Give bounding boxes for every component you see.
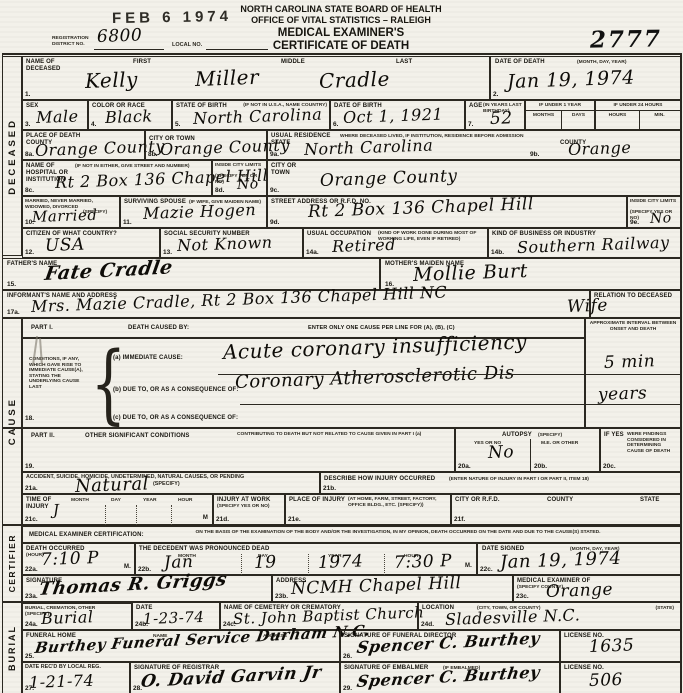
name-number: 1.	[25, 91, 30, 98]
field-father-name: FATHER'S NAME 15. Fate Cradle	[2, 258, 380, 290]
injury-at-work-number: 21d.	[216, 516, 229, 523]
residence-county-value: Orange	[568, 138, 632, 159]
field-disposition-location: LOCATION (CITY, TOWN, OR COUNTY) (STATE)…	[418, 602, 681, 630]
relation-value: Wife	[567, 296, 609, 317]
pd-divider-3	[384, 554, 385, 575]
part2-label: PART II.	[31, 433, 55, 440]
date-of-death-sub: (MONTH, DAY, YEAR)	[577, 60, 626, 66]
registration-district-value: 6800	[97, 25, 143, 47]
under-24-hours-min-colhead: MIN.	[639, 113, 680, 119]
residence-county-number: 9b.	[530, 151, 539, 158]
informant-number: 17a.	[7, 309, 20, 316]
field-citizen: CITIZEN OF WHAT COUNTRY? 12. USA	[22, 228, 160, 258]
field-hospital-or-institution: NAME OF HOSPITAL OR INSTITUTION (IF NOT …	[22, 160, 212, 196]
section-label-cause: CAUSE	[7, 397, 18, 445]
header-divider	[2, 53, 681, 55]
ssn-number: 13.	[163, 249, 172, 256]
cause-b-interval: years	[598, 383, 648, 405]
residence-state-number: 9a.	[270, 151, 279, 158]
name-middle-colhead: MIDDLE	[281, 59, 305, 66]
death-occurred-number: 22a.	[25, 566, 38, 573]
icl-9e-label: INSIDE CITY LIMITS	[630, 199, 678, 205]
field-place-of-death-county: PLACE OF DEATH COUNTY 8a. Orange County	[22, 130, 145, 160]
me-county-value: Orange	[546, 580, 614, 602]
name-first-value: Kelly	[85, 67, 139, 93]
embalmer-license-value: 506	[589, 670, 624, 691]
field-death-occurred-hour: DEATH OCCURRED (HOUR) 22a. 7:10 P M.	[22, 543, 135, 575]
registration-blank-line	[94, 49, 164, 50]
field-how-injury-occurred: DESCRIBE HOW INJURY OCCURRED (ENTER NATU…	[320, 472, 681, 494]
toi-divider-1	[105, 505, 106, 525]
autopsy-me-colhead: M.E. OR OTHER	[541, 441, 578, 447]
autopsy-yesno-value: No	[488, 442, 515, 463]
cause-a-label: (a) IMMEDIATE CAUSE:	[113, 355, 183, 362]
sex-number: 3.	[25, 121, 30, 128]
death-occurred-value: 7:10 P	[41, 548, 100, 570]
date-of-death-label: DATE OF DEATH	[495, 59, 545, 66]
autopsy-yesno-number: 20a.	[458, 463, 471, 470]
section-strip-cause: CAUSE	[2, 318, 22, 525]
injury-at-work-label: INJURY AT WORK	[217, 497, 270, 504]
name-last-colhead: LAST	[396, 59, 412, 66]
if-yes-number: 20c.	[603, 463, 616, 470]
org-line-2: OFFICE OF VITAL STATISTICS – RALEIGH	[191, 15, 491, 25]
cause-c-label: (c) DUE TO, OR AS A CONSEQUENCE OF:	[113, 415, 238, 422]
field-date-signed: DATE SIGNED (MONTH, DAY, YEAR) 22c. Jan …	[477, 543, 681, 575]
if-yes-box: IF YES WERE FINDINGS CONSIDERED IN DETER…	[600, 428, 681, 472]
under-1-year-months-colhead: MONTHS	[526, 113, 561, 119]
field-name-of-deceased: NAME OF DECEASED FIRST MIDDLE LAST 1. Ke…	[22, 56, 490, 100]
toi-divider-2	[136, 505, 137, 525]
pd-day-value: 19	[254, 552, 277, 573]
injury-how-sub: (ENTER NATURE OF INJURY IN PART I OR PAR…	[449, 477, 589, 483]
field-me-county: MEDICAL EXAMINER OF (SPECIFY COUNTY) 23c…	[513, 575, 681, 602]
date-signed-value: Jan 19, 1974	[500, 548, 622, 573]
toi-m-label: M	[203, 515, 208, 522]
field-place-of-death-city: CITY OR TOWN 8b. Orange County	[145, 130, 267, 160]
toi-month-colhead: MONTH	[71, 498, 89, 504]
field-disposition-date: DATE 24b. 1-23-74	[132, 602, 220, 630]
ssn-value: Not Known	[177, 233, 273, 255]
spouse-number: 11.	[123, 219, 132, 226]
injury-city-label: CITY OR R.F.D.	[455, 497, 500, 504]
industry-value: Southern Railway	[517, 233, 670, 257]
field-if-under-24-hours: IF UNDER 24 HOURS HOURS MIN.	[595, 100, 681, 130]
pd-divider-2	[308, 554, 309, 575]
occupation-number: 14a.	[306, 249, 319, 256]
citizen-value: USA	[45, 235, 85, 256]
funeral-director-number: 26.	[343, 653, 352, 660]
autopsy-box: AUTOPSY (SPECIFY) YES OR NO M.E. OR OTHE…	[455, 428, 600, 472]
certificate-number: 2777	[590, 25, 662, 53]
death-occurred-m-label: M.	[124, 564, 131, 571]
name-last-value: Cradle	[319, 67, 391, 93]
form-title-2: CERTIFICATE OF DEATH	[191, 40, 491, 52]
field-date-of-death: DATE OF DEATH (MONTH, DAY, YEAR) 2. Jan …	[490, 56, 681, 100]
place-of-injury-sub: (AT HOME, FARM, STREET, FACTORY, OFFICE …	[348, 497, 448, 508]
icl-8d-number: 8d.	[215, 187, 224, 194]
field-occupation: USUAL OCCUPATION (KIND OF WORK DONE DURI…	[303, 228, 488, 258]
field-state-of-birth: STATE OF BIRTH (IF NOT IN U.S.A., NAME C…	[172, 100, 330, 130]
name-middle-value: Miller	[195, 65, 260, 91]
section-strip-burial: BURIAL	[2, 602, 22, 693]
father-number: 15.	[7, 281, 16, 288]
field-residence-city-or-town: CITY OR TOWN 9c. Orange County	[267, 160, 681, 196]
pronounced-dead-number: 22b.	[138, 566, 151, 573]
form-title-1: MEDICAL EXAMINER'S	[191, 27, 491, 39]
death-certificate-document: FEB 6 1974 REGISTRATION DISTRICT NO. 680…	[0, 0, 683, 693]
state-of-birth-number: 5.	[175, 121, 180, 128]
disposition-value: Burial	[41, 607, 94, 628]
occupation-value: Retired	[332, 235, 397, 256]
field-me-signature: SIGNATURE 23a. Thomas R. Griggs	[22, 575, 272, 602]
field-pronounced-dead: THE DECEDENT WAS PRONOUNCED DEAD MONTH D…	[135, 543, 477, 575]
field-industry: KIND OF BUSINESS OR INDUSTRY 14b. Southe…	[488, 228, 681, 258]
disposition-date-value: 1-23-74	[143, 608, 205, 628]
under-1-year-divider-h	[526, 110, 594, 111]
under-24-hours-divider-h	[596, 110, 680, 111]
field-injury-location: CITY OR R.F.D. COUNTY STATE 21f.	[451, 494, 681, 525]
autopsy-me-number: 20b.	[534, 463, 547, 470]
part2-conditions-label: OTHER SIGNIFICANT CONDITIONS	[85, 433, 190, 440]
hospital-number: 8c.	[25, 187, 34, 194]
under-24-hours-label: IF UNDER 24 HOURS	[596, 103, 680, 109]
certification-row: MEDICAL EXAMINER CERTIFICATION: ON THE B…	[22, 525, 681, 543]
citizen-number: 12.	[25, 249, 34, 256]
part2-number: 19.	[25, 463, 34, 470]
cause-a-interval: 5 min	[604, 351, 656, 373]
field-inside-city-limits-9e: INSIDE CITY LIMITS (SPECIFY YES OR NO) 9…	[627, 196, 681, 228]
org-line-1: NORTH CAROLINA STATE BOARD OF HEALTH	[191, 4, 491, 14]
date-of-birth-number: 6.	[333, 121, 338, 128]
section-label-deceased: DECEASED	[7, 118, 18, 195]
pd-hour-value: 7:30 P	[394, 551, 453, 573]
date-received-label: DATE REC'D BY LOCAL REG.	[25, 665, 101, 671]
me-address-value: NCMH Chapel Hill	[291, 573, 462, 599]
if-yes-label: IF YES	[604, 432, 624, 439]
under-1-year-label: IF UNDER 1 YEAR	[526, 103, 594, 109]
age-number: 7.	[468, 121, 473, 128]
location-value: Sladesville N.C.	[445, 605, 581, 629]
section-strip-certifier: CERTIFIER	[2, 525, 22, 602]
toi-divider-3	[171, 505, 172, 525]
registration-district-label-2: DISTRICT NO.	[52, 42, 85, 48]
date-of-birth-value: Oct 1, 1921	[343, 105, 444, 127]
outer-right-border	[680, 53, 682, 693]
manner-number: 21a.	[25, 485, 38, 492]
spouse-value: Mazie Hogen	[143, 200, 257, 223]
residence-city-number: 9c.	[270, 187, 279, 194]
race-number: 4.	[91, 121, 96, 128]
autopsy-label: AUTOPSY	[502, 432, 532, 439]
location-number: 24d.	[421, 621, 434, 628]
field-me-address: ADDRESS 23b. NCMH Chapel Hill	[272, 575, 513, 602]
icl-9e-value: No	[650, 210, 672, 227]
age-label: AGE	[469, 103, 482, 110]
conditions-label: CONDITIONS, IF ANY, WHICH GAVE RISE TO I…	[29, 357, 87, 391]
residence-city-value: Orange County	[320, 166, 458, 191]
injury-state-label: STATE	[640, 497, 660, 504]
field-sex: SEX 3. Male	[22, 100, 88, 130]
toi-day-colhead: DAY	[111, 498, 121, 504]
icl-8d-value: No	[237, 176, 259, 193]
section-label-certifier: CERTIFIER	[7, 534, 17, 592]
part1-instruction: ENTER ONLY ONE CAUSE PER LINE FOR (A), (…	[308, 325, 455, 332]
cause-b-label: (b) DUE TO, OR AS A CONSEQUENCE OF:	[113, 387, 238, 394]
director-license-value: 1635	[589, 635, 635, 657]
me-county-number: 23c.	[516, 593, 529, 600]
injury-county-label: COUNTY	[547, 497, 573, 504]
under-24-hours-hours-colhead: HOURS	[596, 113, 639, 119]
part1-label: PART I.	[31, 325, 53, 332]
registration-district-label-1: REGISTRATION	[52, 36, 89, 42]
disposition-number: 24a.	[25, 621, 38, 628]
field-embalmer-license: LICENSE NO. 506	[560, 662, 681, 693]
injury-how-label: DESCRIBE HOW INJURY OCCURRED	[324, 476, 435, 483]
field-inside-city-limits-8d: INSIDE CITY LIMITS (SPECIFY YES OR NO) 8…	[212, 160, 267, 196]
if-yes-sub: WERE FINDINGS CONSIDERED IN DETERMINING …	[627, 432, 679, 454]
field-race: COLOR OR RACE 4. Black	[88, 100, 172, 130]
pd-divider-1	[241, 554, 242, 575]
field-disposition: BURIAL, CREMATION, OTHER (SPECIFY) 24a. …	[22, 602, 132, 630]
section-label-burial: BURIAL	[7, 625, 17, 671]
toi-hour-colhead: HOUR	[178, 498, 192, 504]
icl-9e-number: 9e.	[630, 219, 639, 226]
part2-sub: CONTRIBUTING TO DEATH BUT NOT RELATED TO…	[237, 432, 427, 438]
place-of-injury-number: 21e.	[288, 516, 301, 523]
time-of-injury-mark: J	[53, 501, 60, 519]
certification-text: ON THE BASIS OF THE EXAMINATION OF THE B…	[183, 530, 613, 536]
date-of-death-value: Jan 19, 1974	[507, 67, 636, 93]
cause-b-underline	[240, 404, 681, 405]
field-embalmer-signature: SIGNATURE OF EMBALMER (IF EMBALMED) 29. …	[340, 662, 560, 693]
pronounced-dead-label: THE DECEDENT WAS PRONOUNCED DEAD	[139, 546, 269, 553]
part1-death-caused-by-label: DEATH CAUSED BY:	[128, 325, 189, 332]
cause-b-value: Coronary Atherosclerotic Dis	[235, 362, 515, 393]
manner-sub: (SPECIFY)	[153, 482, 180, 488]
field-date-received: DATE REC'D BY LOCAL REG. 27. 1-21-74	[22, 662, 130, 693]
pd-month-value: Jan	[164, 552, 194, 573]
embalmer-number: 29.	[343, 685, 352, 692]
interval-column: APPROXIMATE INTERVAL BETWEEN ONSET AND D…	[585, 318, 681, 428]
name-label: NAME OF DECEASED	[26, 59, 74, 73]
injury-at-work-sub: (SPECIFY YES OR NO)	[217, 504, 270, 510]
conditions-number: 18.	[25, 415, 34, 422]
field-marital-status: MARRIED, NEVER MARRIED, WIDOWED, DIVORCE…	[22, 196, 120, 228]
field-director-license: LICENSE NO. 1635	[560, 630, 681, 662]
residence-state-value: North Carolina	[304, 135, 434, 158]
industry-number: 14b.	[491, 249, 504, 256]
field-registrar-signature: SIGNATURE OF REGISTRAR 28. O. David Garv…	[130, 662, 340, 693]
pd-year-value: 1974	[318, 551, 364, 573]
field-place-of-injury: PLACE OF INJURY (AT HOME, FARM, STREET, …	[285, 494, 451, 525]
field-manner-of-death: ACCIDENT, SUICIDE, HOMICIDE, UNDETERMINE…	[22, 472, 320, 494]
field-informant: INFORMANT'S NAME AND ADDRESS 17a. Mrs. M…	[2, 290, 590, 318]
place-of-death-number: 8a.	[25, 151, 34, 158]
field-time-of-injury: TIME OF INJURY MONTH DAY YEAR HOUR 21c. …	[22, 494, 213, 525]
field-usual-residence: USUAL RESIDENCE WHERE DECEASED LIVED, IF…	[267, 130, 681, 160]
me-address-number: 23b.	[275, 593, 288, 600]
field-if-under-1-year: IF UNDER 1 YEAR MONTHS DAYS	[525, 100, 595, 130]
cause-a-underline	[218, 374, 681, 375]
date-received-value: 1-21-74	[29, 671, 95, 692]
field-relation: RELATION TO DECEASED Wife	[590, 290, 681, 318]
marital-value: Married	[32, 206, 98, 226]
street-number: 9d.	[270, 219, 279, 226]
me-signature-number: 23a.	[25, 593, 38, 600]
father-value: Fate Cradle	[43, 256, 174, 285]
name-first-colhead: FIRST	[133, 59, 151, 66]
injury-location-number: 21f.	[454, 516, 465, 523]
field-street-address: STREET ADDRESS OR R.F.D. NO. 9d. Rt 2 Bo…	[267, 196, 627, 228]
toi-year-colhead: YEAR	[143, 498, 157, 504]
location-sub-state: (STATE)	[655, 606, 674, 612]
field-age: AGE (IN YEARS LAST BIRTHDAY) 7. 52	[465, 100, 525, 130]
place-of-injury-label: PLACE OF INJURY	[289, 497, 345, 504]
pd-m-label: M.	[465, 563, 472, 570]
age-value: 52	[490, 108, 513, 129]
certification-label: MEDICAL EXAMINER CERTIFICATION:	[29, 532, 144, 539]
part2-box: PART II. OTHER SIGNIFICANT CONDITIONS CO…	[22, 428, 455, 472]
injury-how-number: 21b.	[323, 485, 336, 492]
residence-state-sub: STATE	[271, 140, 291, 147]
place-city-number: 8b.	[148, 151, 157, 158]
race-value: Black	[105, 106, 153, 127]
outer-left-border	[2, 53, 3, 693]
residence-city-label: CITY OR TOWN	[271, 163, 305, 177]
autopsy-divider	[530, 439, 531, 472]
field-funeral-home: FUNERAL HOME NAME ADDRESS 25. Burthey Fu…	[22, 630, 340, 662]
section-strip-deceased: DECEASED	[2, 56, 22, 256]
date-of-death-number: 2.	[493, 91, 498, 98]
icl-8d-label: INSIDE CITY LIMITS	[215, 163, 265, 169]
cause-box: CONDITIONS, IF ANY, WHICH GAVE RISE TO I…	[22, 338, 585, 428]
under-1-year-days-colhead: DAYS	[561, 113, 596, 119]
field-date-of-birth: DATE OF BIRTH 6. Oct 1, 1921	[330, 100, 465, 130]
sex-value: Male	[36, 107, 79, 127]
date-signed-number: 22c.	[480, 566, 493, 573]
time-of-injury-number: 21c.	[25, 516, 38, 523]
state-of-birth-value: North Carolina	[193, 104, 323, 127]
interval-header: APPROXIMATE INTERVAL BETWEEN ONSET AND D…	[589, 321, 677, 332]
autopsy-sub: (SPECIFY)	[538, 433, 562, 439]
field-surviving-spouse: SURVIVING SPOUSE (IF WIFE, GIVE MAIDEN N…	[120, 196, 267, 228]
field-funeral-director-signature: SIGNATURE OF FUNERAL DIRECTOR 26. Spence…	[340, 630, 560, 662]
field-injury-at-work: INJURY AT WORK (SPECIFY YES OR NO) 21d.	[213, 494, 285, 525]
field-ssn: SOCIAL SECURITY NUMBER 13. Not Known	[160, 228, 303, 258]
